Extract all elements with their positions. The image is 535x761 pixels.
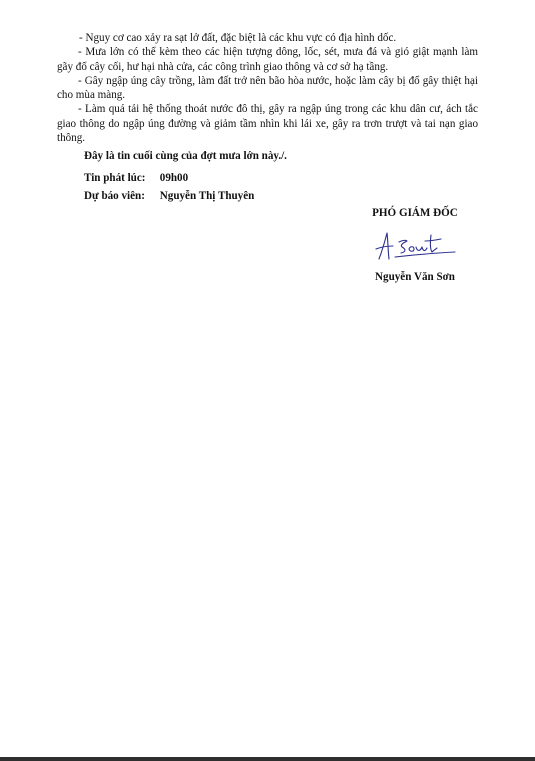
viewer-bottom-bar — [0, 757, 535, 761]
forecaster-label: Dự báo viên: — [84, 190, 157, 202]
signature-icon — [373, 229, 457, 263]
issue-time-value: 09h00 — [160, 172, 188, 184]
paragraph-crop-flooding: - Gây ngập úng cây trồng, làm đất trở nê… — [57, 74, 478, 103]
paragraph-urban-flooding: - Làm quá tải hệ thống thoát nước đô thị… — [57, 102, 478, 145]
paragraph-landslide-risk: - Nguy cơ cao xảy ra sạt lở đất, đặc biệ… — [57, 31, 478, 45]
forecaster-row: Dự báo viên: Nguyễn Thị Thuyên — [84, 190, 254, 202]
document-body: - Nguy cơ cao xảy ra sạt lở đất, đặc biệ… — [57, 31, 478, 145]
signatory-name: Nguyễn Văn Sơn — [352, 271, 478, 283]
closing-statement: Đây là tin cuối cùng của đợt mưa lớn này… — [84, 150, 287, 162]
signatory-title: PHÓ GIÁM ĐỐC — [352, 207, 478, 219]
issue-time-row: Tin phát lúc: 09h00 — [84, 172, 188, 184]
document-page: - Nguy cơ cao xảy ra sạt lở đất, đặc biệ… — [0, 0, 535, 757]
signature-block: PHÓ GIÁM ĐỐC Nguyễn Văn Sơn — [352, 205, 478, 283]
forecaster-name: Nguyễn Thị Thuyên — [160, 190, 255, 202]
paragraph-storm-hazards: - Mưa lớn có thể kèm theo các hiện tượng… — [57, 45, 478, 74]
issue-time-label: Tin phát lúc: — [84, 172, 157, 184]
